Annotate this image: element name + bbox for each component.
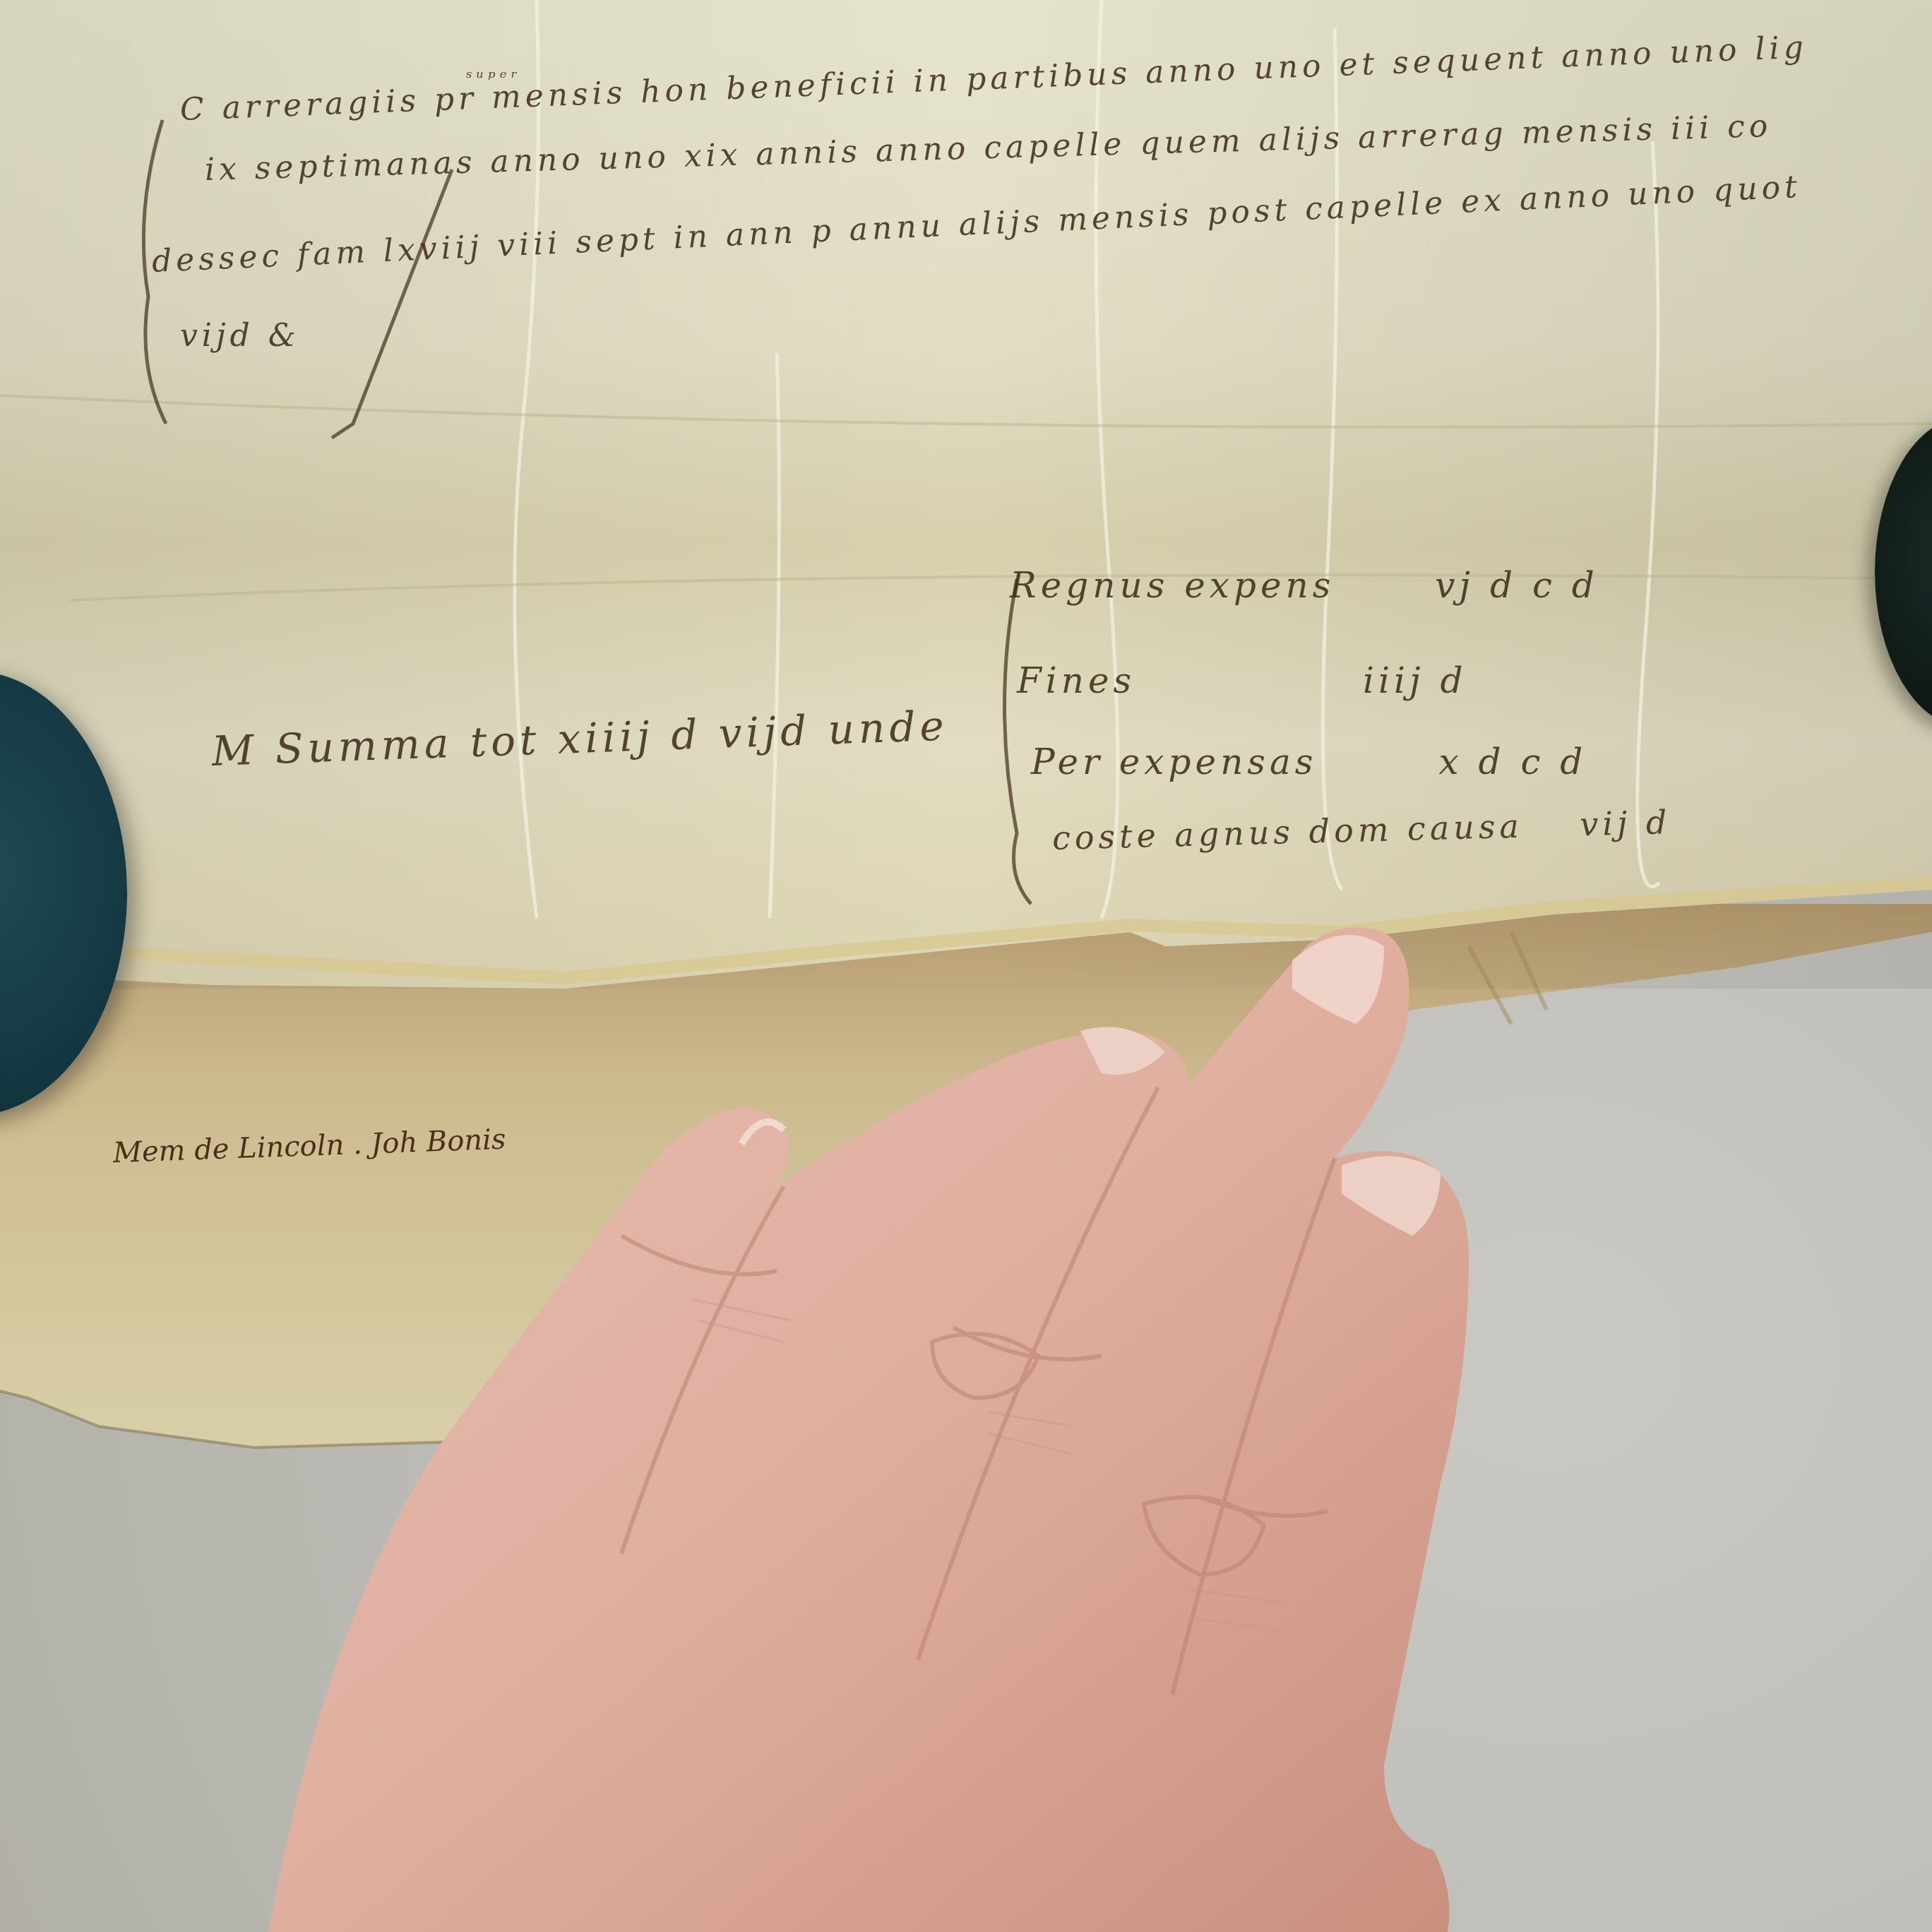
photo-scene: ˢᵘᵖᵉʳ C arreragiis pr mensis hon benefic… xyxy=(0,0,1932,1932)
hand xyxy=(0,0,1932,1932)
